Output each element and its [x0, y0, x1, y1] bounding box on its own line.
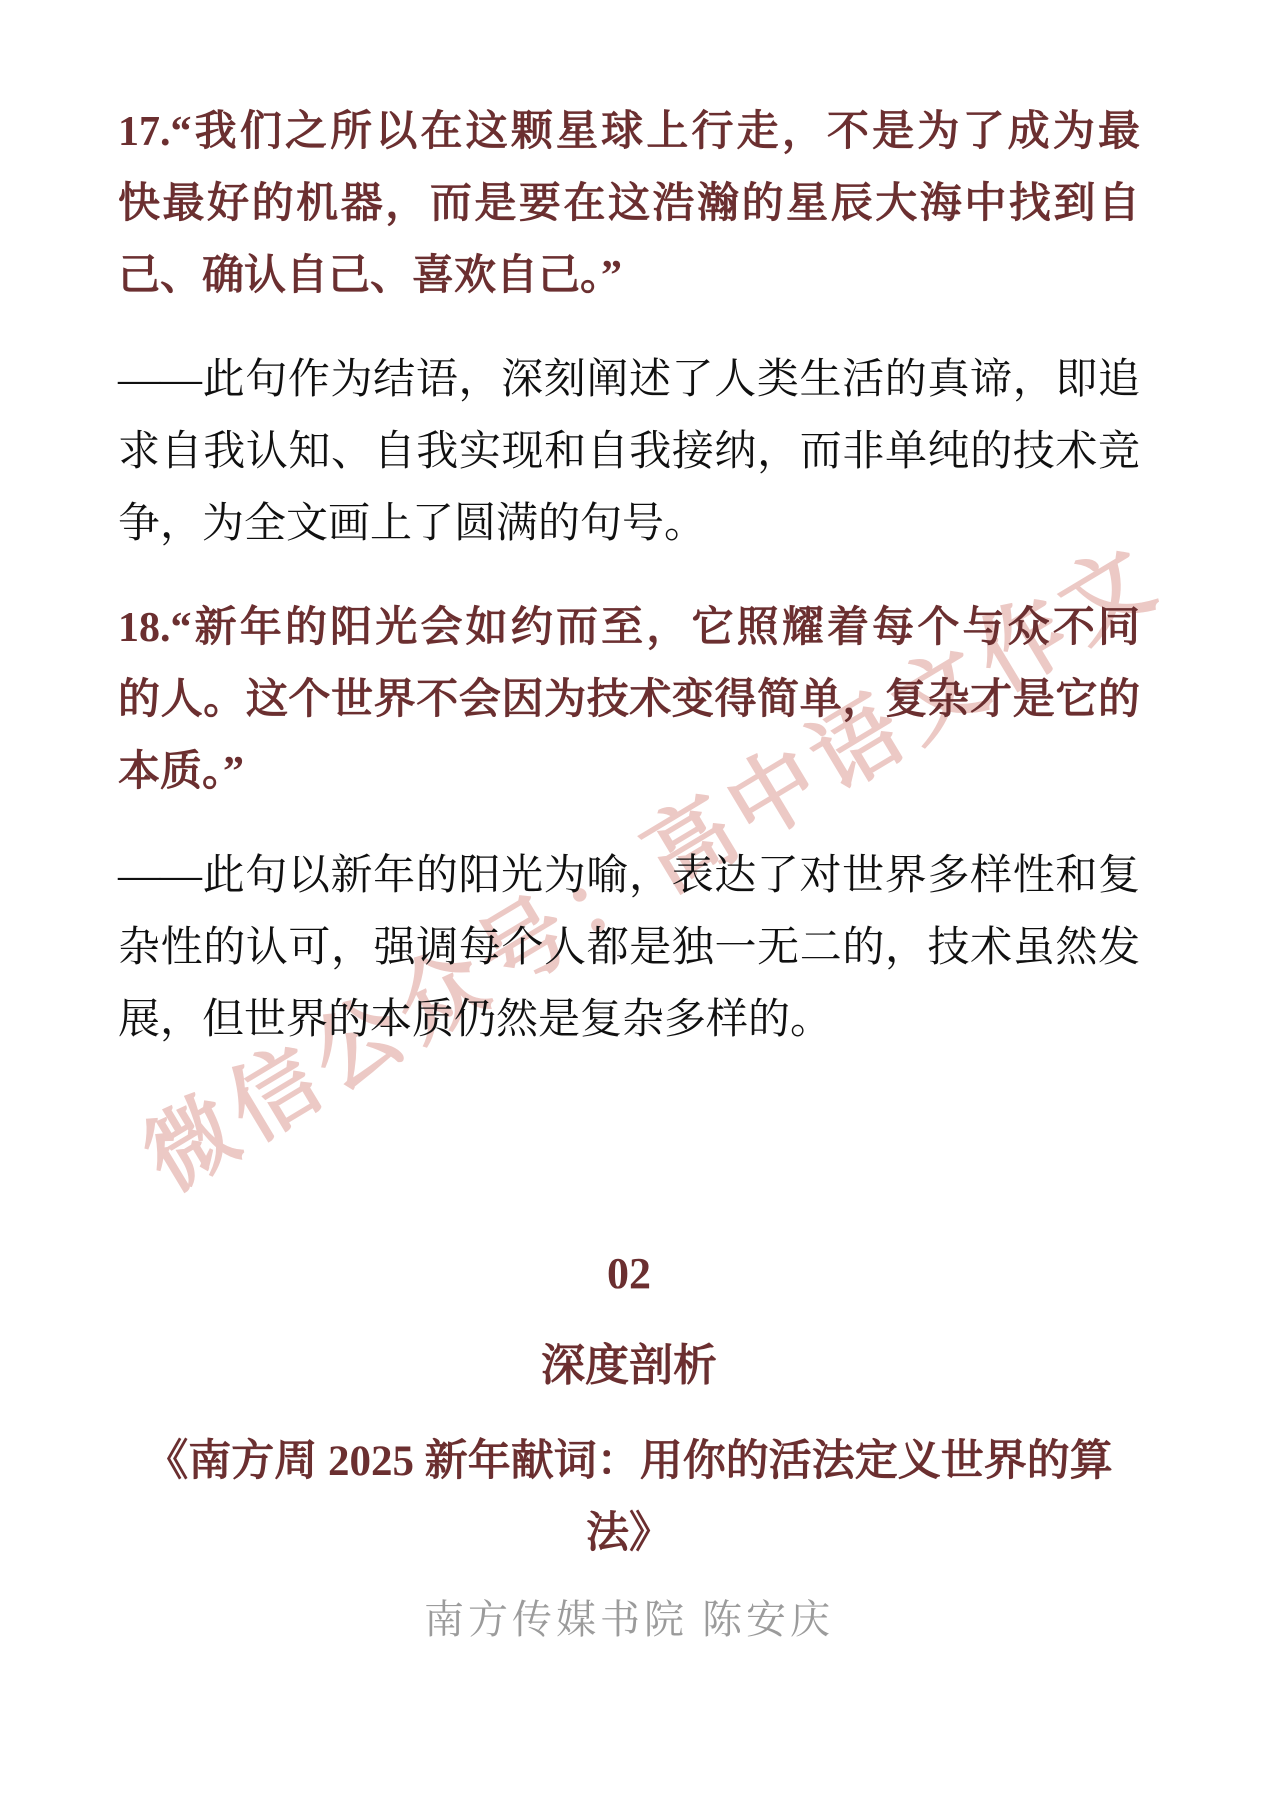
section-heading: 深度剖析 — [118, 1334, 1140, 1398]
text-line: 杂性的认可，强调每个人都是独一无二的，技术虽然发 — [118, 912, 1140, 984]
article-title-line: 法》 — [118, 1498, 1140, 1570]
text-line: 17.“我们之所以在这颗星球上行走，不是为了成为最 — [118, 96, 1140, 168]
document-content: 17.“我们之所以在这颗星球上行走，不是为了成为最 快最好的机器，而是要在这浩瀚… — [0, 0, 1280, 1648]
text-line: 己、确认自己、喜欢自己。” — [118, 240, 1140, 312]
text-line: 快最好的机器，而是要在这浩瀚的星辰大海中找到自 — [118, 168, 1140, 240]
author-byline: 南方传媒书院 陈安庆 — [118, 1592, 1140, 1648]
document-page: 微信公众号：高中语文作文 17.“我们之所以在这颗星球上行走，不是为了成为最 快… — [0, 0, 1280, 1812]
article-title-line: 《南方周 2025 新年献词：用你的活法定义世界的算 — [118, 1426, 1140, 1498]
text-line: 争，为全文画上了圆满的句号。 — [118, 488, 1140, 560]
commentary-paragraph-18: ——此句以新年的阳光为喻，表达了对世界多样性和复 杂性的认可，强调每个人都是独一… — [118, 840, 1140, 1056]
text-line: 本质。” — [118, 736, 1140, 808]
section-number: 02 — [118, 1246, 1140, 1302]
text-line: 展，但世界的本质仍然是复杂多样的。 — [118, 984, 1140, 1056]
text-line: 18.“新年的阳光会如约而至，它照耀着每个与众不同 — [118, 592, 1140, 664]
article-title: 《南方周 2025 新年献词：用你的活法定义世界的算 法》 — [118, 1426, 1140, 1570]
quote-paragraph-17: 17.“我们之所以在这颗星球上行走，不是为了成为最 快最好的机器，而是要在这浩瀚… — [118, 96, 1140, 312]
text-line: ——此句以新年的阳光为喻，表达了对世界多样性和复 — [118, 840, 1140, 912]
quote-paragraph-18: 18.“新年的阳光会如约而至，它照耀着每个与众不同 的人。这个世界不会因为技术变… — [118, 592, 1140, 808]
text-line: ——此句作为结语，深刻阐述了人类生活的真谛，即追 — [118, 344, 1140, 416]
text-line: 求自我认知、自我实现和自我接纳，而非单纯的技术竞 — [118, 416, 1140, 488]
text-line: 的人。这个世界不会因为技术变得简单，复杂才是它的 — [118, 664, 1140, 736]
commentary-paragraph-17: ——此句作为结语，深刻阐述了人类生活的真谛，即追 求自我认知、自我实现和自我接纳… — [118, 344, 1140, 560]
